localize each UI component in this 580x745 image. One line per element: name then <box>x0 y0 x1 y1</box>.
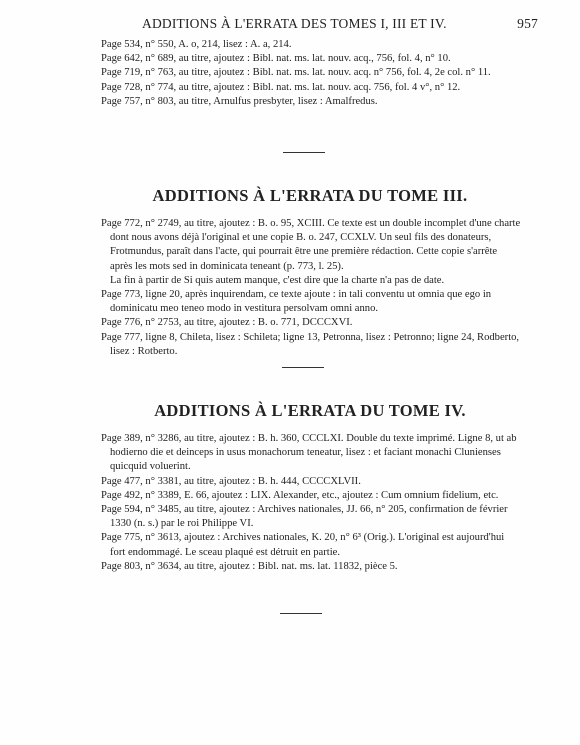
section-divider <box>280 613 322 614</box>
entry-continuation: La fin à partir de Si quis autem manque,… <box>101 274 521 288</box>
document-page: ADDITIONS À L'ERRATA DES TOMES I, III ET… <box>0 0 580 745</box>
entry: Page 777, ligne 8, Chileta, lisez : Schi… <box>101 331 521 359</box>
entry: Page 719, n° 763, au titre, ajoutez : Bi… <box>101 66 521 80</box>
entry: Page 492, n° 3389, E. 66, ajoutez : LIX.… <box>101 489 521 503</box>
entry: Page 534, n° 550, A. o, 214, lisez : A. … <box>101 38 521 52</box>
entry: Page 642, n° 689, au titre, ajoutez : Bi… <box>101 52 521 66</box>
page-number: 957 <box>517 16 538 32</box>
section-divider <box>282 367 324 368</box>
entry: Page 772, n° 2749, au titre, ajoutez : B… <box>101 217 521 274</box>
entry: Page 757, n° 803, au titre, Arnulfus pre… <box>101 95 521 109</box>
entry: Page 803, n° 3634, au titre, ajoutez : B… <box>101 560 521 574</box>
section-divider <box>283 152 325 153</box>
top-entries: Page 534, n° 550, A. o, 214, lisez : A. … <box>101 38 521 109</box>
entry: Page 775, n° 3613, ajoutez : Archives na… <box>101 531 521 559</box>
entry: Page 776, n° 2753, au titre, ajoutez : B… <box>101 316 521 330</box>
running-head-title: ADDITIONS À L'ERRATA DES TOMES I, III ET… <box>142 16 447 32</box>
tome-iv-entries: Page 389, n° 3286, au titre, ajoutez : B… <box>101 432 521 574</box>
section-title-tome-iii: ADDITIONS À L'ERRATA DU TOME III. <box>100 186 520 206</box>
section-title-tome-iv: ADDITIONS À L'ERRATA DU TOME IV. <box>100 401 520 421</box>
entry: Page 389, n° 3286, au titre, ajoutez : B… <box>101 432 521 475</box>
entry: Page 477, n° 3381, au titre, ajoutez : B… <box>101 475 521 489</box>
entry: Page 728, n° 774, au titre, ajoutez : Bi… <box>101 81 521 95</box>
entry: Page 594, n° 3485, au titre, ajoutez : A… <box>101 503 521 531</box>
entry: Page 773, ligne 20, après inquirendam, c… <box>101 288 521 316</box>
tome-iii-entries: Page 772, n° 2749, au titre, ajoutez : B… <box>101 217 521 359</box>
